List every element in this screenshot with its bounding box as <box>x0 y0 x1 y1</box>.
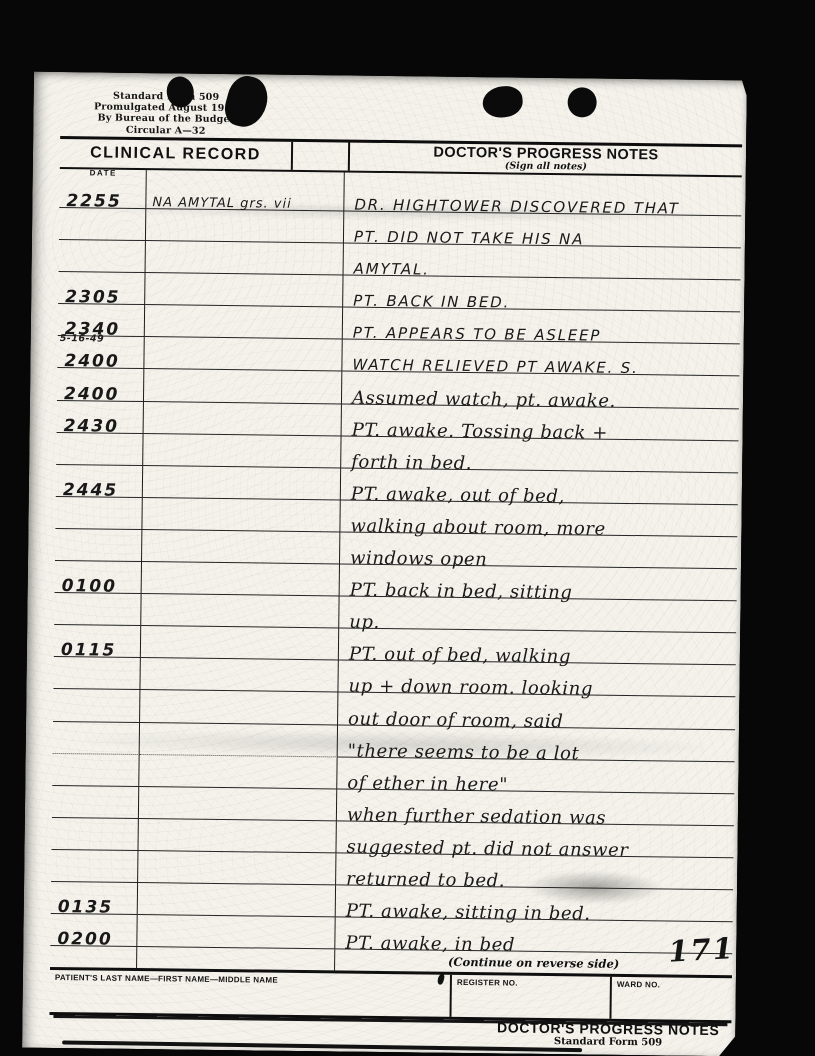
order-cell <box>141 626 339 661</box>
ink-blot <box>567 87 596 117</box>
progress-notes-title: DOCTOR'S PROGRESS NOTES <box>433 145 658 162</box>
note-cell: windows open <box>340 532 737 569</box>
date-cell <box>51 818 138 851</box>
note-cell: returned to bed. <box>336 853 733 890</box>
order-cell <box>144 402 342 437</box>
date-cell: 2400 <box>57 336 144 369</box>
date-entry: 0200 <box>50 931 113 949</box>
order-cell <box>138 883 336 918</box>
clinical-record-header-cell: CLINICAL RECORD <box>60 139 293 170</box>
note-entry: PT. awake, in bed <box>335 935 515 955</box>
date-cell <box>59 208 146 241</box>
date-cell <box>53 721 140 754</box>
order-cell <box>145 305 343 340</box>
form-footer: DOCTOR'S PROGRESS NOTES Standard Form 50… <box>497 1020 720 1050</box>
order-cell <box>140 723 338 758</box>
date-cell <box>52 754 139 787</box>
date-cell: 2445 <box>56 465 143 498</box>
date-cell <box>55 529 142 562</box>
order-cell <box>139 755 337 790</box>
order-cell <box>146 209 344 244</box>
clinical-record-title: CLINICAL RECORD <box>90 144 261 164</box>
date-cell <box>51 850 138 883</box>
date-cell: 0200 <box>50 914 137 947</box>
date-cell <box>56 433 143 466</box>
date-cell: 0115 <box>54 625 141 658</box>
note-cell: Assumed watch, pt. awake. <box>342 372 739 409</box>
note-cell: PT. awake, sitting in bed. <box>336 885 733 922</box>
order-cell <box>142 562 340 597</box>
date-cell <box>53 657 140 690</box>
date-cell: 0100 <box>55 561 142 594</box>
ward-no-label: WARD NO. <box>617 980 660 990</box>
note-cell: out door of room, said <box>338 693 735 730</box>
order-cell <box>139 787 337 822</box>
progress-table-body: 2255 NA AMYTAL grs. vii DR. HIGHTOWER DI… <box>50 169 741 954</box>
note-cell: "there seems to be a lot <box>338 725 735 762</box>
order-cell <box>143 434 341 469</box>
note-cell: PT. awake. Tossing back + <box>342 404 739 441</box>
date-cell <box>59 240 146 273</box>
date-cell <box>55 497 142 530</box>
date-cell <box>53 689 140 722</box>
note-cell: WATCH RELIEVED PT AWAKE. S. <box>342 340 739 377</box>
note-cell: of ether in here" <box>337 757 734 794</box>
date-cell: 2400 <box>57 368 144 401</box>
note-cell: DR. HIGHTOWER DISCOVERED THAT <box>344 172 741 216</box>
date-cell: 2430 <box>57 401 144 434</box>
document-page: Standard Form 509 Promulgated August 194… <box>22 72 747 1056</box>
date-cell: 2305 <box>58 272 145 305</box>
note-cell: PT. BACK IN BED. <box>343 276 740 313</box>
date-cell <box>52 786 139 819</box>
order-cell <box>143 466 341 501</box>
note-cell: up + down room. looking <box>338 661 735 698</box>
progress-notes-table: CLINICAL RECORD DOCTOR'S PROGRESS NOTES … <box>49 136 742 1023</box>
order-cell <box>145 273 343 308</box>
ward-no-cell: WARD NO. <box>611 977 732 1020</box>
order-cell <box>140 658 338 693</box>
handwritten-page-number: 171 <box>667 931 735 969</box>
spacer-header-cell <box>293 142 350 171</box>
order-cell <box>137 915 335 950</box>
order-cell <box>141 594 339 629</box>
patient-name-label: PATIENT'S LAST NAME—FIRST NAME—MIDDLE NA… <box>55 973 278 985</box>
register-no-cell: REGISTER NO. <box>451 975 612 1019</box>
note-cell: up. <box>339 597 736 634</box>
note-cell: walking about room, more <box>340 500 737 537</box>
order-cell <box>144 337 342 372</box>
order-cell <box>140 690 338 725</box>
note-cell: PT. APPEARS TO BE ASLEEP <box>343 308 740 345</box>
order-cell: NA AMYTAL grs. vii <box>146 170 344 211</box>
note-cell: PT. awake, out of bed, <box>341 468 738 505</box>
continue-on-reverse-note: (Continue on reverse side) <box>448 954 619 970</box>
continue-strip-order-segment <box>137 947 335 970</box>
sign-all-notes-subtitle: (Sign all notes) <box>505 161 587 172</box>
note-cell: forth in bed. <box>341 436 738 473</box>
date-cell: 2340 5-16-49 <box>58 304 145 337</box>
footer-progress-notes-title: DOCTOR'S PROGRESS NOTES <box>497 1020 719 1038</box>
order-cell <box>144 370 342 405</box>
patient-info-row: PATIENT'S LAST NAME—FIRST NAME—MIDDLE NA… <box>49 970 731 1023</box>
note-cell: PT. DID NOT TAKE HIS NA <box>344 211 741 248</box>
date-cell <box>54 593 141 626</box>
register-no-label: REGISTER NO. <box>457 978 518 988</box>
order-cell <box>146 241 344 276</box>
order-cell <box>142 498 340 533</box>
order-cell <box>138 819 336 854</box>
date-column-label: DATE <box>60 168 147 178</box>
order-cell <box>138 851 336 886</box>
note-cell: when further sedation was <box>337 789 734 826</box>
note-cell: suggested pt. did not answer <box>336 821 733 858</box>
note-cell: PT. out of bed, walking <box>339 629 736 666</box>
note-cell: AMYTAL. <box>344 244 741 281</box>
date-cell: 0135 <box>51 882 138 915</box>
note-cell: PT. back in bed, sitting <box>340 564 737 601</box>
progress-notes-header-cell: DOCTOR'S PROGRESS NOTES (Sign all notes) <box>350 143 742 176</box>
ink-blot <box>481 85 524 120</box>
order-cell <box>142 530 340 565</box>
patient-name-cell: PATIENT'S LAST NAME—FIRST NAME—MIDDLE NA… <box>50 970 452 1017</box>
